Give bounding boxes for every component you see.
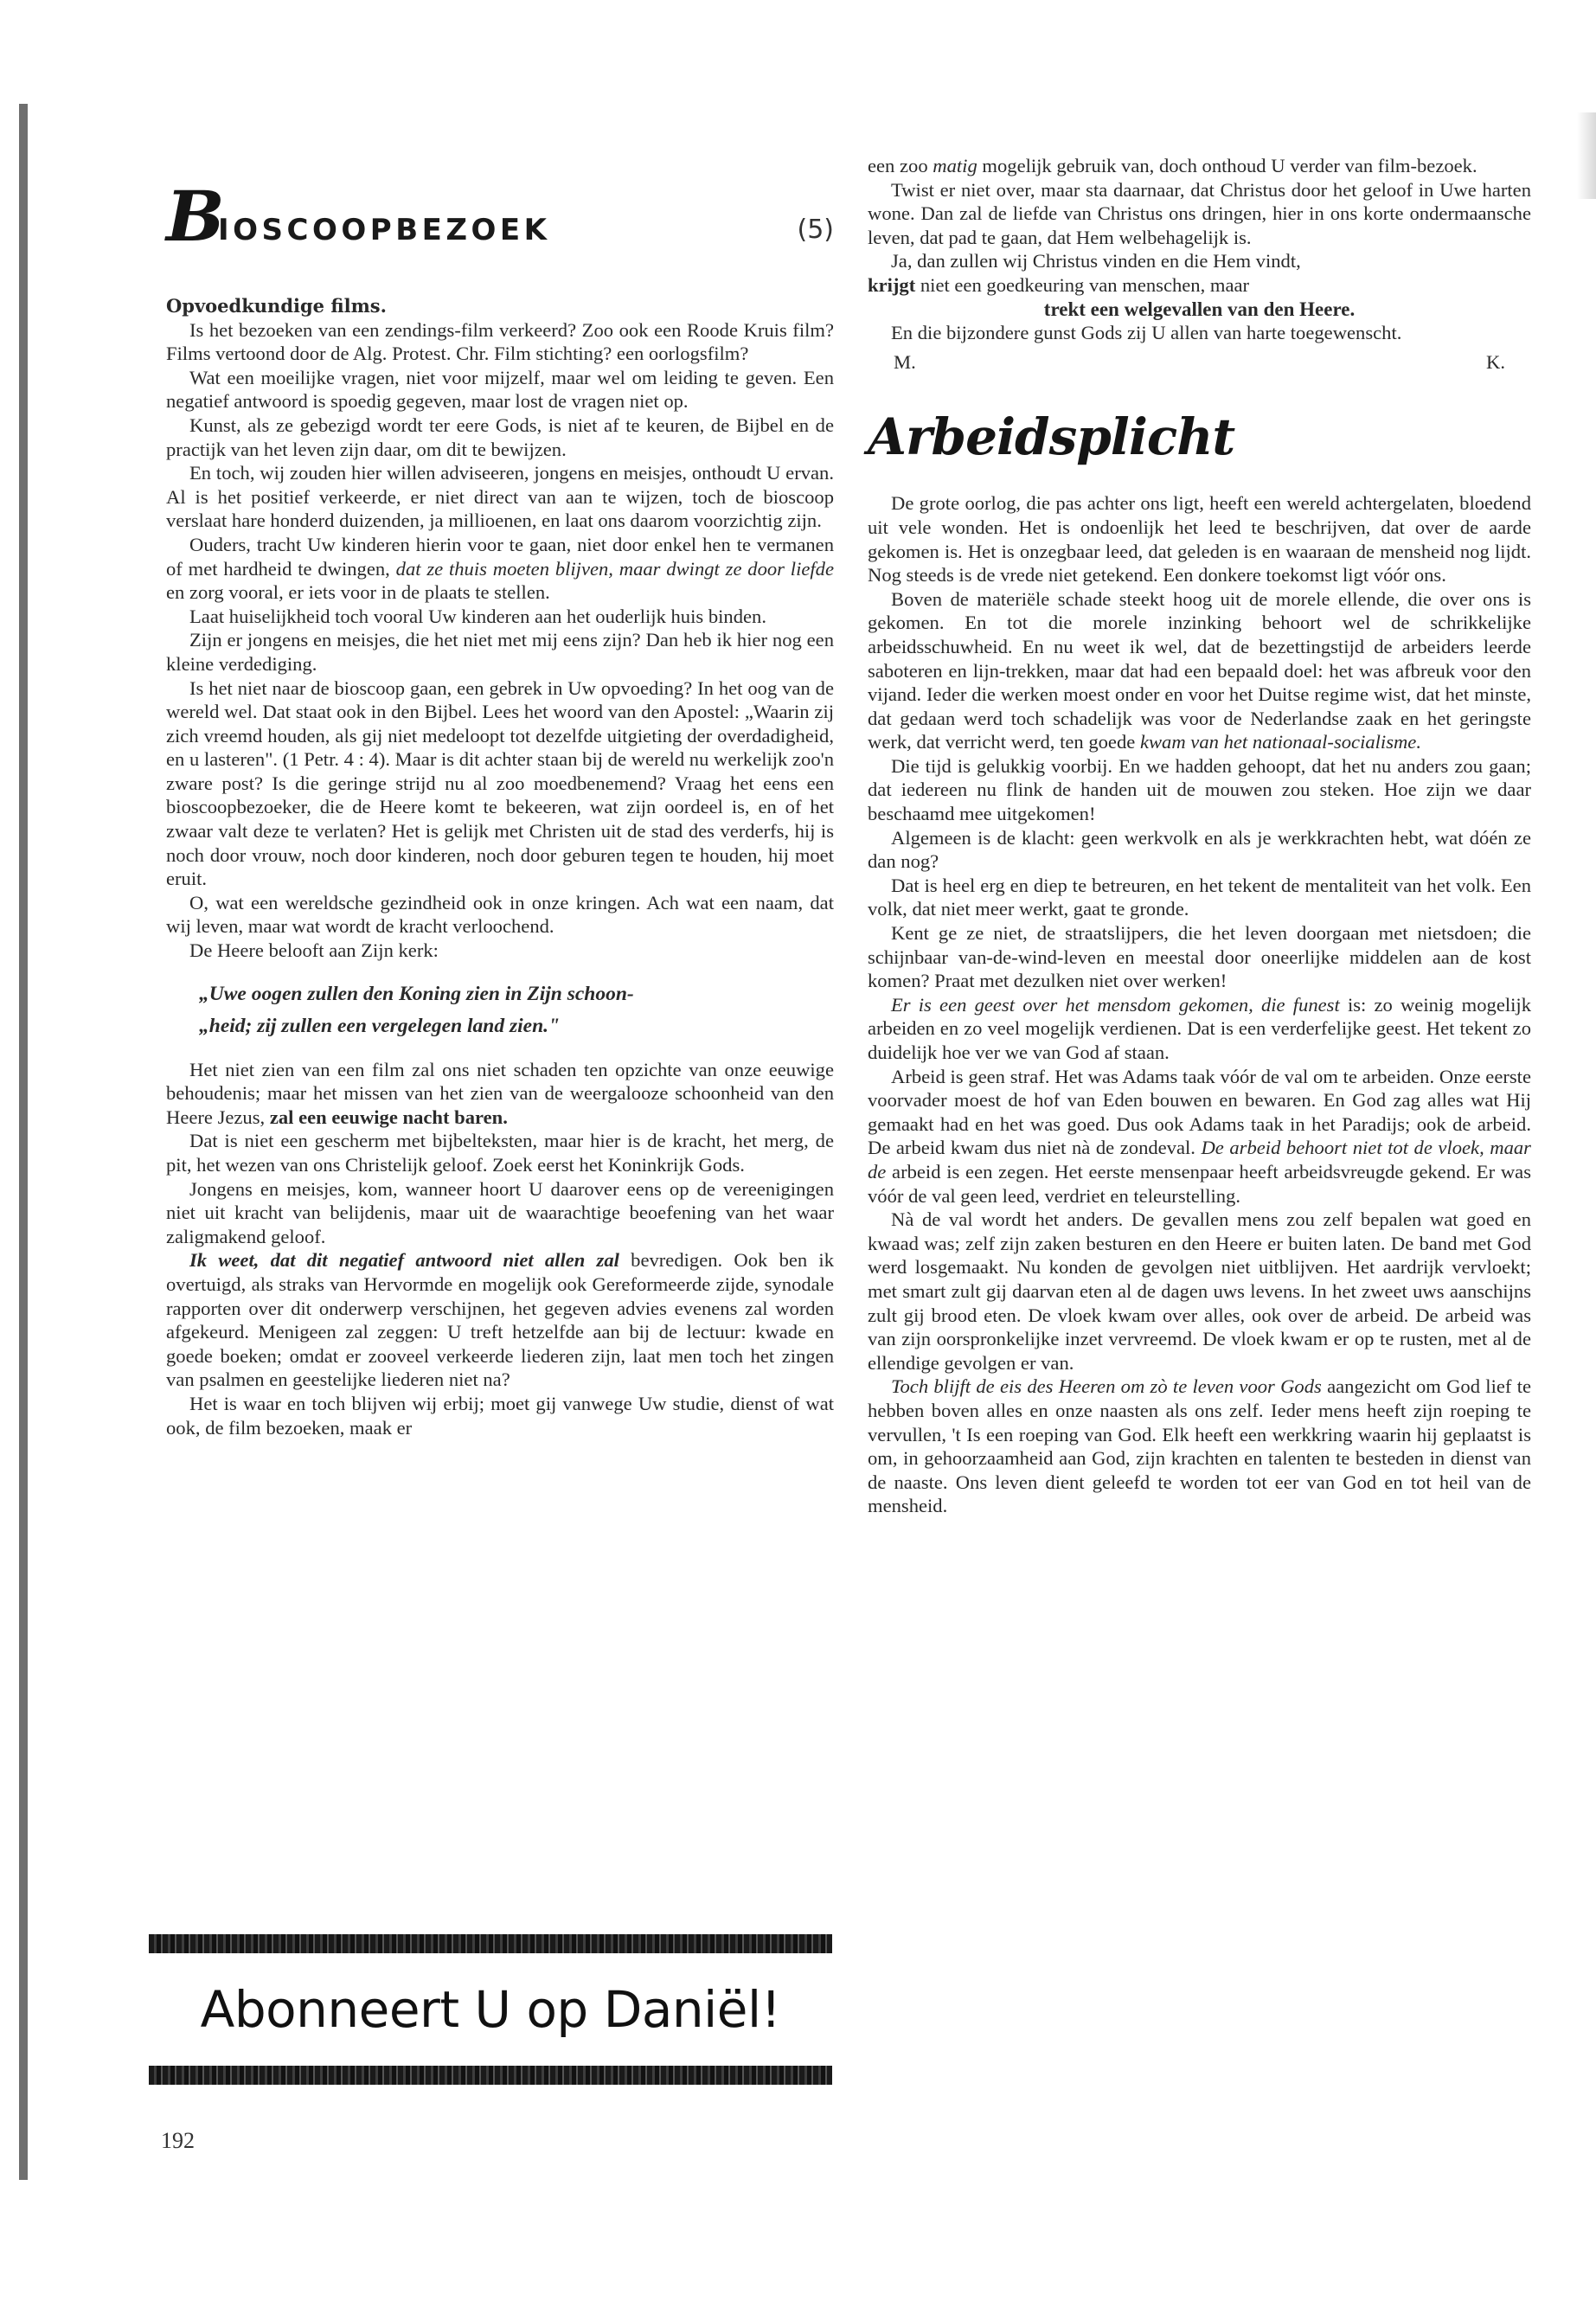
paragraph: Algemeen is de klacht: geen werkvolk en … — [868, 826, 1531, 874]
paragraph: Boven de materiële schade steekt hoog ui… — [868, 587, 1531, 754]
paragraph: Dat is heel erg en diep te betreuren, en… — [868, 874, 1531, 921]
promise-intro: De Heere belooft aan Zijn kerk: — [166, 939, 834, 963]
signature-initial-k: K. — [1486, 350, 1505, 375]
paragraph: Die tijd is gelukkig voorbij. En we hadd… — [868, 754, 1531, 826]
centered-emphasis: trekt een welgevallen van den Heere. — [868, 298, 1531, 322]
paragraph: Is het bezoeken van een zendings-film ve… — [166, 318, 834, 366]
paragraph-after-quote: Het niet zien van een film zal ons niet … — [166, 1058, 834, 1130]
subscription-advertisement: Abonneert U op Daniël! — [149, 1934, 832, 2085]
paragraph: Toch blijft de eis des Heeren om zò te l… — [868, 1375, 1531, 1518]
paragraph: Laat huiselijkheid toch vooral Uw kinder… — [166, 605, 834, 629]
ad-text: Abonneert U op Daniël! — [149, 1953, 832, 2066]
paragraph: Kent ge ze niet, de straatslijpers, die … — [868, 921, 1531, 993]
page-number: 192 — [161, 2128, 195, 2154]
paragraph: Kunst, als ze gebezigd wordt ter eere Go… — [166, 413, 834, 461]
paragraph: Dat is niet een gescherm met bijbeltekst… — [166, 1129, 834, 1176]
paragraph: En toch, wij zouden hier willen adviseer… — [166, 461, 834, 533]
title-text: IOSCOOPBEZOEK — [218, 219, 551, 243]
paragraph-closing: En die bijzondere gunst Gods zij U allen… — [868, 321, 1531, 345]
paragraph: Twist er niet over, maar sta daarnaar, d… — [868, 178, 1531, 250]
paragraph: Is het niet naar de bioscoop gaan, een g… — [166, 676, 834, 891]
signature-initial-m: M. — [894, 350, 916, 375]
article-title-bioscoopbezoek: B IOSCOOPBEZOEK (5) — [166, 199, 834, 268]
ad-rule-bottom — [149, 2066, 832, 2085]
page-edge-shadow — [1577, 112, 1596, 199]
paragraph: Wat een moeilijke vragen, niet voor mijz… — [166, 366, 834, 413]
ad-rule-top — [149, 1934, 832, 1953]
page-binding-rule — [19, 104, 28, 2180]
paragraph: De grote oorlog, die pas achter ons ligt… — [868, 491, 1531, 586]
paragraph: Jongens en meisjes, kom, wanneer hoort U… — [166, 1177, 834, 1249]
article-title-arbeidsplicht: Arbeidsplicht — [868, 407, 1531, 467]
paragraph: Nà de val wordt het anders. De gevallen … — [868, 1208, 1531, 1375]
paragraph-negative: Ik weet, dat dit negatief antwoord niet … — [166, 1248, 834, 1392]
subheading: Opvoedkundige films. — [166, 294, 834, 318]
scripture-quote: „Uwe oogen zullen den Koning zien in Zij… — [199, 978, 834, 1042]
title-initial-letter: B — [166, 182, 225, 251]
paragraph: Arbeid is geen straf. Het was Adams taak… — [868, 1065, 1531, 1208]
paragraph-parents: Ouders, tracht Uw kinderen hierin voor t… — [166, 533, 834, 605]
paragraph: Er is een geest over het mensdom gekomen… — [868, 993, 1531, 1065]
paragraph: O, wat een wereldsche gezindheid ook in … — [166, 891, 834, 939]
paragraph: Zijn er jongens en meisjes, die het niet… — [166, 628, 834, 676]
signature: M. K. — [868, 345, 1531, 375]
paragraph-continuation: een zoo matig mogelijk gebruik van, doch… — [868, 154, 1531, 178]
paragraph: Het is waar en toch blijven wij erbij; m… — [166, 1392, 834, 1439]
paragraph-ja: Ja, dan zullen wij Christus vinden en di… — [868, 249, 1531, 297]
part-number: (5) — [798, 218, 835, 242]
column-right: een zoo matig mogelijk gebruik van, doch… — [868, 154, 1531, 1518]
column-left: B IOSCOOPBEZOEK (5) Opvoedkundige films.… — [166, 199, 834, 1439]
